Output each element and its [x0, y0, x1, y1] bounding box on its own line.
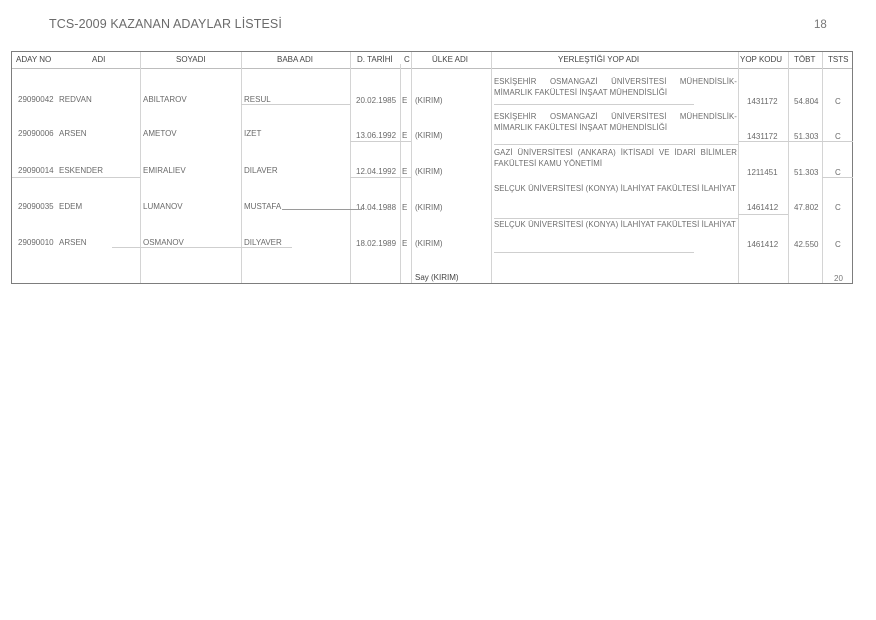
cell-d-tarihi: 18.02.1989: [356, 239, 396, 248]
column-divider: [411, 52, 412, 283]
cell-d-tarihi: 12.04.1992: [356, 167, 396, 176]
cell-ulke-adi: (KIRIM): [415, 131, 443, 140]
row-divider: [822, 177, 853, 178]
cell-aday-no: 29090042: [18, 95, 54, 104]
cell-soyadi: LUMANOV: [143, 202, 183, 211]
row-divider: [12, 177, 140, 178]
cell-aday-no: 29090035: [18, 202, 54, 211]
cell-yop-adi: ESKİŞEHİR OSMANGAZİ ÜNİVERSİTESİ MÜHENDİ…: [494, 111, 737, 133]
cell-adi: ARSEN: [59, 238, 87, 247]
cell-baba-adi: IZET: [244, 129, 261, 138]
cell-baba-adi: MUSTAFA: [244, 202, 281, 211]
col-header-c: C: [404, 55, 410, 64]
cell-soyadi: OSMANOV: [143, 238, 184, 247]
country-count-label: Say (KIRIM): [415, 273, 459, 282]
cell-adi: EDEM: [59, 202, 82, 211]
cell-aday-no: 29090010: [18, 238, 54, 247]
column-divider: [738, 52, 739, 283]
col-header-tsts: TSTS: [828, 55, 848, 64]
cell-ulke-adi: (KIRIM): [415, 96, 443, 105]
document-title: TCS-2009 KAZANAN ADAYLAR LİSTESİ: [49, 17, 282, 31]
cell-tobt: 47.802: [794, 203, 818, 212]
cell-d-tarihi: 14.04.1988: [356, 203, 396, 212]
col-header-tobt: TÖBT: [794, 55, 815, 64]
cell-tobt: 51.303: [794, 132, 818, 141]
cell-tsts: C: [835, 97, 841, 106]
cell-tobt: 42.550: [794, 240, 818, 249]
column-divider: [822, 52, 823, 283]
cell-yop-kodu: 1431172: [747, 132, 778, 141]
cell-c: E: [402, 239, 407, 248]
cell-tsts: C: [835, 240, 841, 249]
cell-yop-kodu: 1461412: [747, 203, 778, 212]
cell-soyadi: EMIRALIEV: [143, 166, 186, 175]
cell-tsts: C: [835, 132, 841, 141]
row-divider: [738, 141, 853, 142]
cell-ulke-adi: (KIRIM): [415, 203, 443, 212]
row-divider: [112, 247, 292, 248]
column-divider: [400, 64, 401, 283]
cell-yop-adi: GAZİ ÜNİVERSİTESİ (ANKARA) İKTİSADİ VE İ…: [494, 147, 737, 169]
cell-c: E: [402, 167, 407, 176]
cell-soyadi: ABILTAROV: [143, 95, 187, 104]
cell-baba-adi: DILAVER: [244, 166, 278, 175]
col-header-yop-kodu: YOP KODU: [740, 55, 782, 64]
cell-d-tarihi: 13.06.1992: [356, 131, 396, 140]
candidates-table: ADAY NO ADI SOYADI BABA ADI D. TARİHİ C …: [11, 51, 853, 284]
column-divider: [788, 52, 789, 283]
col-header-d-tarihi: D. TARİHİ: [357, 55, 393, 64]
column-divider: [491, 52, 492, 283]
col-header-ulke-adi: ÜLKE ADI: [432, 55, 468, 64]
col-header-adi: ADI: [92, 55, 105, 64]
cell-c: E: [402, 96, 407, 105]
cell-baba-adi: DILYAVER: [244, 238, 282, 247]
cell-adi: ESKENDER: [59, 166, 103, 175]
cell-ulke-adi: (KIRIM): [415, 239, 443, 248]
cell-yop-adi: SELÇUK ÜNİVERSİTESİ (KONYA) İLAHİYAT FAK…: [494, 219, 737, 230]
cell-yop-adi: SELÇUK ÜNİVERSİTESİ (KONYA) İLAHİYAT FAK…: [494, 183, 737, 194]
cell-yop-kodu: 1431172: [747, 97, 778, 106]
row-divider: [494, 252, 694, 253]
row-divider: [241, 104, 350, 105]
cell-tsts: C: [835, 203, 841, 212]
row-divider: [494, 104, 694, 105]
row-divider: [350, 177, 411, 178]
cell-adi: REDVAN: [59, 95, 92, 104]
cell-adi: ARSEN: [59, 129, 87, 138]
cell-soyadi: AMETOV: [143, 129, 177, 138]
row-divider: [350, 141, 411, 142]
cell-yop-kodu: 1461412: [747, 240, 778, 249]
cell-aday-no: 29090014: [18, 166, 54, 175]
cell-yop-adi: ESKİŞEHİR OSMANGAZİ ÜNİVERSİTESİ MÜHENDİ…: [494, 76, 737, 98]
row-divider: [282, 209, 362, 210]
cell-c: E: [402, 203, 407, 212]
row-divider: [494, 144, 738, 145]
cell-baba-adi: RESUL: [244, 95, 271, 104]
cell-d-tarihi: 20.02.1985: [356, 96, 396, 105]
col-header-yop-adi: YERLEŞTİĞİ YOP ADI: [558, 55, 639, 64]
column-divider: [140, 52, 141, 283]
cell-tobt: 54.804: [794, 97, 818, 106]
cell-yop-kodu: 1211451: [747, 168, 778, 177]
col-header-baba-adi: BABA ADI: [277, 55, 313, 64]
col-header-soyadi: SOYADI: [176, 55, 206, 64]
row-divider: [738, 214, 788, 215]
page-number: 18: [814, 19, 827, 31]
column-divider: [241, 52, 242, 283]
column-divider: [350, 52, 351, 283]
cell-aday-no: 29090006: [18, 129, 54, 138]
cell-tsts: C: [835, 168, 841, 177]
header-divider: [12, 68, 852, 69]
country-count-total: 20: [834, 274, 843, 283]
cell-tobt: 51.303: [794, 168, 818, 177]
cell-c: E: [402, 131, 407, 140]
cell-ulke-adi: (KIRIM): [415, 167, 443, 176]
col-header-aday-no: ADAY NO: [16, 55, 51, 64]
